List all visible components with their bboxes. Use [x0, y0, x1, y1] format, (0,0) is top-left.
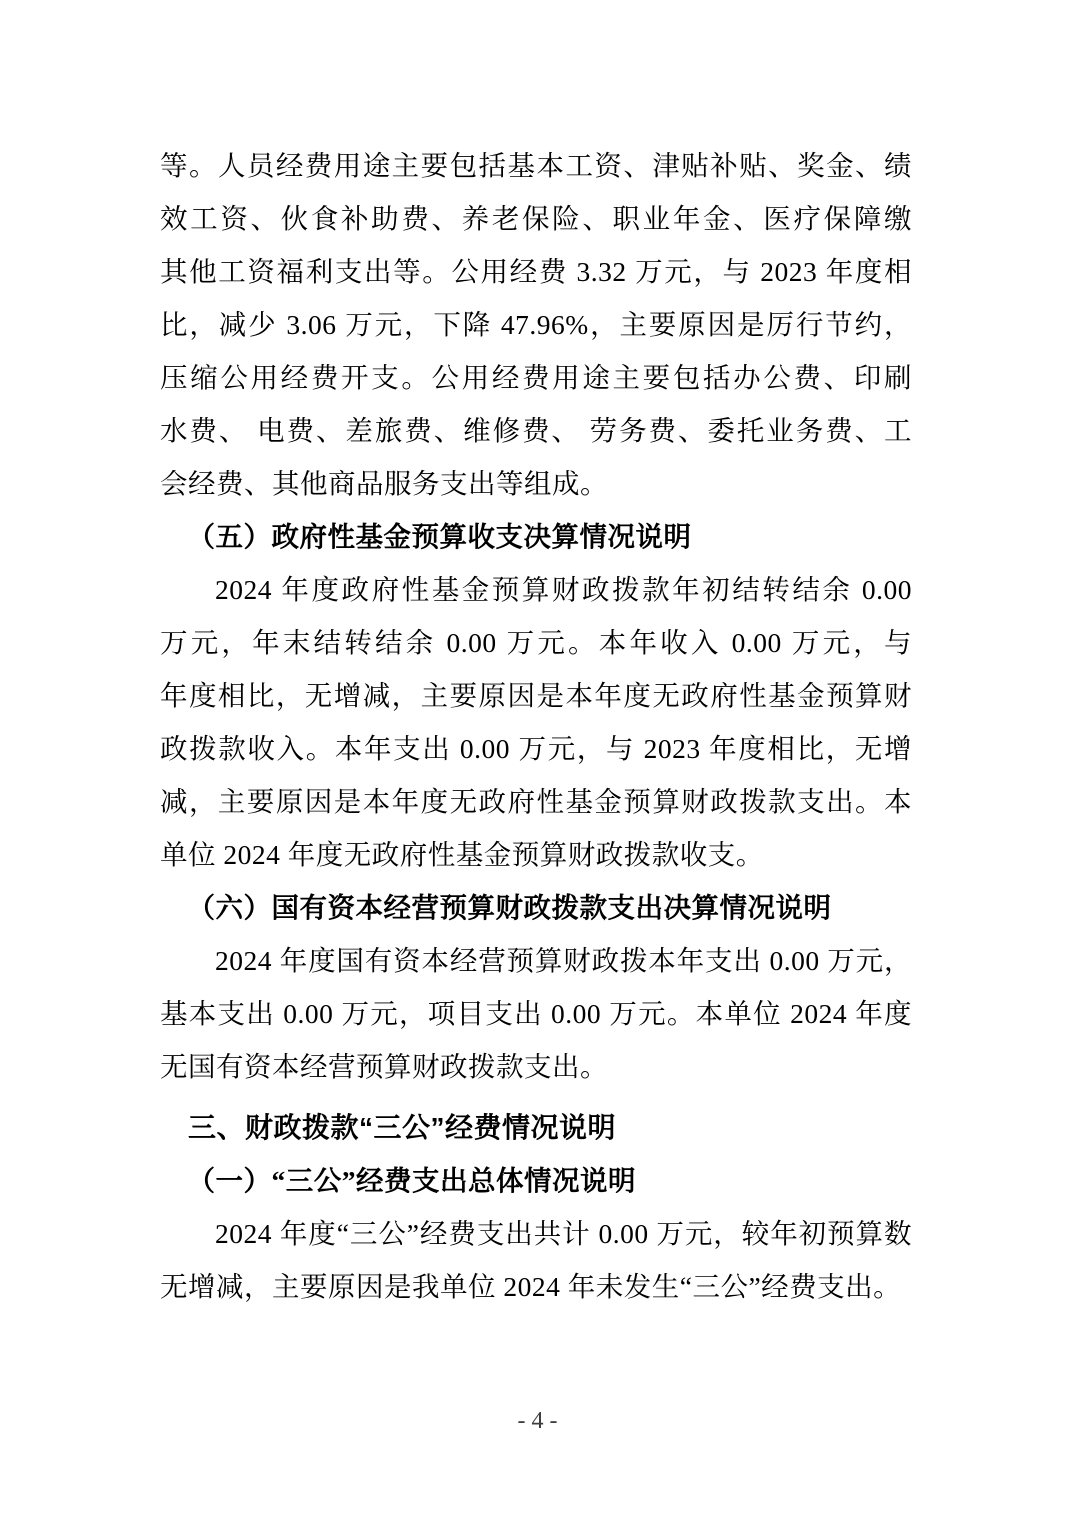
para-gov-fund-budget-line-3: 年度相比，无增减，主要原因是本年度无政府性基金预算财: [160, 669, 912, 722]
document-body: 等。人员经费用途主要包括基本工资、津贴补贴、奖金、绩效工资、伙食补助费、养老保险…: [160, 139, 912, 1313]
para-expense-usage-continuation: 等。人员经费用途主要包括基本工资、津贴补贴、奖金、绩效工资、伙食补助费、养老保险…: [160, 139, 912, 510]
heading-section-3-1: （一）“三公”经费支出总体情况说明: [160, 1154, 912, 1207]
para-gov-fund-budget-line-6: 单位 2024 年度无政府性基金预算财政拨款收支。: [160, 828, 912, 881]
para-gov-fund-budget-line-4: 政拨款收入。本年支出 0.00 万元，与 2023 年度相比，无增: [160, 722, 912, 775]
heading-section-5: （五）政府性基金预算收支决算情况说明: [160, 510, 912, 563]
page-number: - 4 -: [518, 1408, 558, 1434]
para-gov-fund-budget: 2024 年度政府性基金预算财政拨款年初结转结余 0.00万元，年末结转结余 0…: [160, 563, 912, 881]
para-state-capital-budget-line-3: 无国有资本经营预算财政拨款支出。: [160, 1040, 912, 1093]
heading-chapter-3-line-1: 三、财政拨款“三公”经费情况说明: [160, 1101, 912, 1154]
para-expense-usage-continuation-line-5: 压缩公用经费开支。公用经费用途主要包括办公费、印刷费、: [160, 351, 912, 404]
page-footer: - 4 -: [0, 1395, 1075, 1448]
para-state-capital-budget-line-1: 2024 年度国有资本经营预算财政拨本年支出 0.00 万元，: [160, 934, 912, 987]
para-expense-usage-continuation-line-1: 等。人员经费用途主要包括基本工资、津贴补贴、奖金、绩: [160, 139, 912, 192]
para-expense-usage-continuation-line-4: 比，减少 3.06 万元，下降 47.96%，主要原因是厉行节约，: [160, 298, 912, 351]
heading-section-5-line-1: （五）政府性基金预算收支决算情况说明: [160, 510, 912, 563]
para-expense-usage-continuation-line-2: 效工资、伙食补助费、养老保险、职业年金、医疗保障缴费、: [160, 192, 912, 245]
para-expense-usage-continuation-line-3: 其他工资福利支出等。公用经费 3.32 万元，与 2023 年度相: [160, 245, 912, 298]
heading-section-6-line-1: （六）国有资本经营预算财政拨款支出决算情况说明: [160, 881, 912, 934]
heading-section-3-1-line-1: （一）“三公”经费支出总体情况说明: [160, 1154, 912, 1207]
para-expense-usage-continuation-line-6: 水费、 电费、差旅费、维修费、 劳务费、委托业务费、工: [160, 404, 912, 457]
para-three-public-total-line-2: 无增减，主要原因是我单位 2024 年未发生“三公”经费支出。: [160, 1260, 912, 1313]
para-gov-fund-budget-line-5: 减，主要原因是本年度无政府性基金预算财政拨款支出。本: [160, 775, 912, 828]
para-state-capital-budget: 2024 年度国有资本经营预算财政拨本年支出 0.00 万元，基本支出 0.00…: [160, 934, 912, 1093]
para-gov-fund-budget-line-2: 万元，年末结转结余 0.00 万元。本年收入 0.00 万元，与 2023: [160, 616, 912, 669]
heading-section-6: （六）国有资本经营预算财政拨款支出决算情况说明: [160, 881, 912, 934]
para-gov-fund-budget-line-1: 2024 年度政府性基金预算财政拨款年初结转结余 0.00: [160, 563, 912, 616]
para-three-public-total-line-1: 2024 年度“三公”经费支出共计 0.00 万元，较年初预算数: [160, 1207, 912, 1260]
para-expense-usage-continuation-line-7: 会经费、其他商品服务支出等组成。: [160, 457, 912, 510]
para-three-public-total: 2024 年度“三公”经费支出共计 0.00 万元，较年初预算数无增减，主要原因…: [160, 1207, 912, 1313]
heading-chapter-3: 三、财政拨款“三公”经费情况说明: [160, 1101, 912, 1154]
para-state-capital-budget-line-2: 基本支出 0.00 万元，项目支出 0.00 万元。本单位 2024 年度: [160, 987, 912, 1040]
document-page: 等。人员经费用途主要包括基本工资、津贴补贴、奖金、绩效工资、伙食补助费、养老保险…: [0, 0, 1075, 1520]
